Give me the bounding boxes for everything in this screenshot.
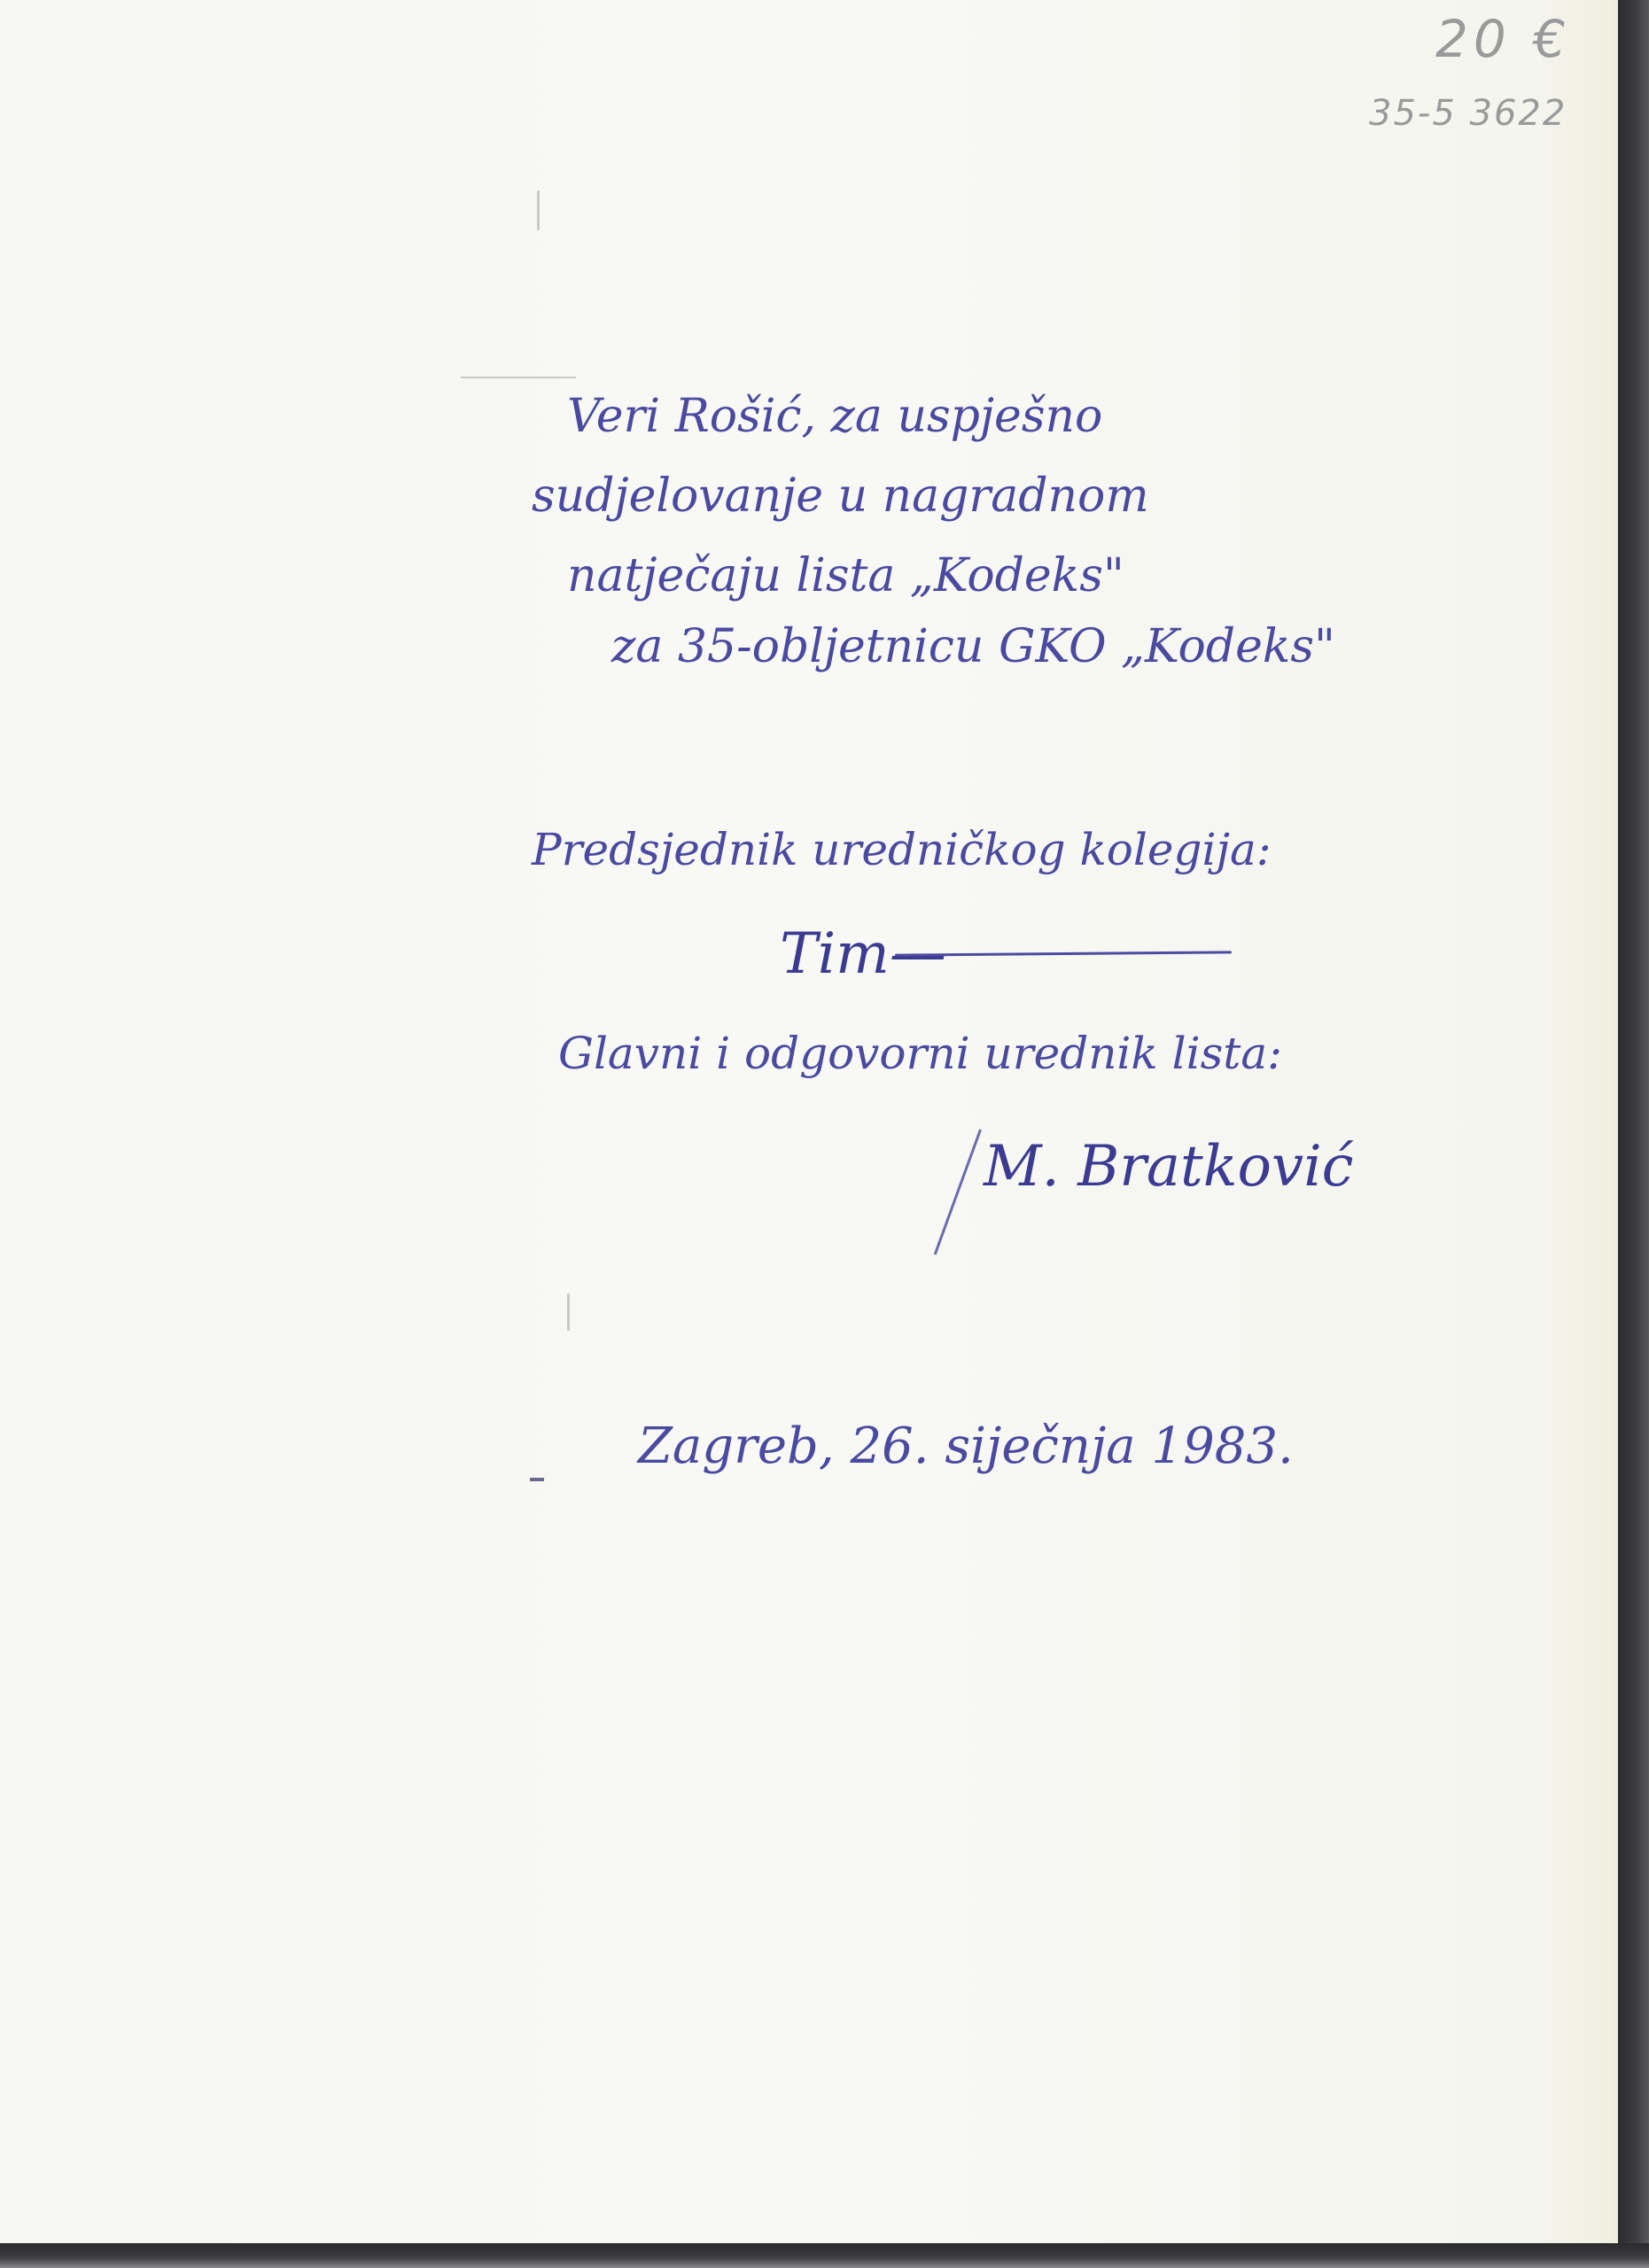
signature-flourish: [934, 1129, 982, 1254]
document-page: 20 € 35-5 3622 Veri Rošić, za uspješno s…: [0, 0, 1618, 2243]
scanner-edge-right: [1618, 0, 1649, 2268]
paper-mark: [461, 377, 576, 378]
paper-mark: [567, 1293, 570, 1331]
place-date: Zagreb, 26. siječnja 1983.: [638, 1417, 1294, 1475]
ink-mark: [530, 1478, 544, 1481]
editor-label: Glavni i odgovorni urednik lista:: [558, 1028, 1282, 1079]
editor-signature: M. Bratković: [984, 1134, 1354, 1200]
dedication-line: natječaju lista „Kodeks": [567, 549, 1124, 602]
dedication-line: Veri Rošić, za uspješno: [567, 390, 1102, 443]
scanner-edge-bottom: [0, 2243, 1649, 2268]
dedication-line: za 35-obljetnicu GKO „Kodeks": [611, 620, 1335, 673]
chair-label: Predsjednik uredničkog kolegija:: [532, 824, 1272, 875]
paper-mark: [537, 190, 540, 230]
price-note: 20 €: [1435, 9, 1571, 69]
dedication-line: sudjelovanje u nagradnom: [532, 470, 1149, 523]
catalog-code-note: 35-5 3622: [1369, 93, 1567, 134]
